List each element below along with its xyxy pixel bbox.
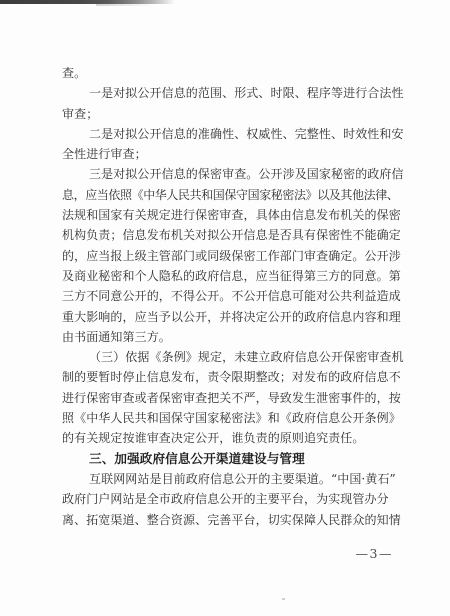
document-line: （三）依据《条例》规定，未建立政府信息公开保密审查机 bbox=[62, 347, 402, 367]
document-line: 制的要暂时停止信息发布，责令限期整改；对发布的政府信息不 bbox=[62, 367, 402, 387]
document-line: 互联网网站是目前政府信息公开的主要渠道。“中国·黄石” bbox=[62, 469, 402, 489]
document-line: 三是对拟公开信息的保密审查。公开涉及国家秘密的政府信 bbox=[62, 164, 402, 184]
scanned-document-page: 查。 一是对拟公开信息的范围、形式、时限、程序等进行合法性 审查； 二是对拟公开… bbox=[0, 0, 450, 616]
document-line: 审查； bbox=[62, 104, 402, 124]
document-line: 的，应当报上级主管部门或同级保密工作部门审查确定。公开涉 bbox=[62, 246, 402, 266]
document-line: 重大影响的，应当予以公开，并将决定公开的政府信息内容和理 bbox=[62, 307, 402, 327]
document-line: 查。 bbox=[62, 63, 402, 83]
document-line: 及商业秘密和个人隐私的政府信息，应当征得第三方的同意。第 bbox=[62, 266, 402, 286]
scan-artifact-speckle bbox=[282, 598, 285, 600]
document-line: 三方不同意公开的，不得公开。不公开信息可能对公共利益造成 bbox=[62, 286, 402, 306]
document-line: 由书面通知第三方。 bbox=[62, 327, 402, 347]
document-line: 法规和国家有关规定进行保密审查，具体由信息发布机关的保密 bbox=[62, 205, 402, 225]
document-line: 进行保密审查或者保密审查把关不严，导致发生泄密事件的，按 bbox=[62, 388, 402, 408]
document-line: 政府门户网站是全市政府信息公开的主要平台，为实现管办分 bbox=[62, 489, 402, 509]
document-line: 息，应当依照《中华人民共和国保守国家秘密法》以及其他法律、 bbox=[62, 185, 402, 205]
document-line: 机构负责；信息发布机关对拟公开信息是否具有保密性不能确定 bbox=[62, 225, 402, 245]
document-line: 照《中华人民共和国保守国家秘密法》和《政府信息公开条例》 bbox=[62, 408, 402, 428]
document-line: 离、拓宽渠道、整合资源、完善平台，切实保障人民群众的知情 bbox=[62, 510, 402, 530]
document-line: 全性进行审查； bbox=[62, 144, 402, 164]
scan-artifact-speckle bbox=[96, 4, 154, 6]
document-body: 查。 一是对拟公开信息的范围、形式、时限、程序等进行合法性 审查； 二是对拟公开… bbox=[62, 63, 402, 530]
page-number: —3— bbox=[356, 546, 393, 561]
document-line: 一是对拟公开信息的范围、形式、时限、程序等进行合法性 bbox=[62, 83, 402, 103]
document-line: 二是对拟公开信息的准确性、权威性、完整性、时效性和安 bbox=[62, 124, 402, 144]
document-line: 的有关规定按谁审查决定公开，谁负责的原则追究责任。 bbox=[62, 428, 402, 448]
section-heading: 三、加强政府信息公开渠道建设与管理 bbox=[62, 449, 402, 469]
